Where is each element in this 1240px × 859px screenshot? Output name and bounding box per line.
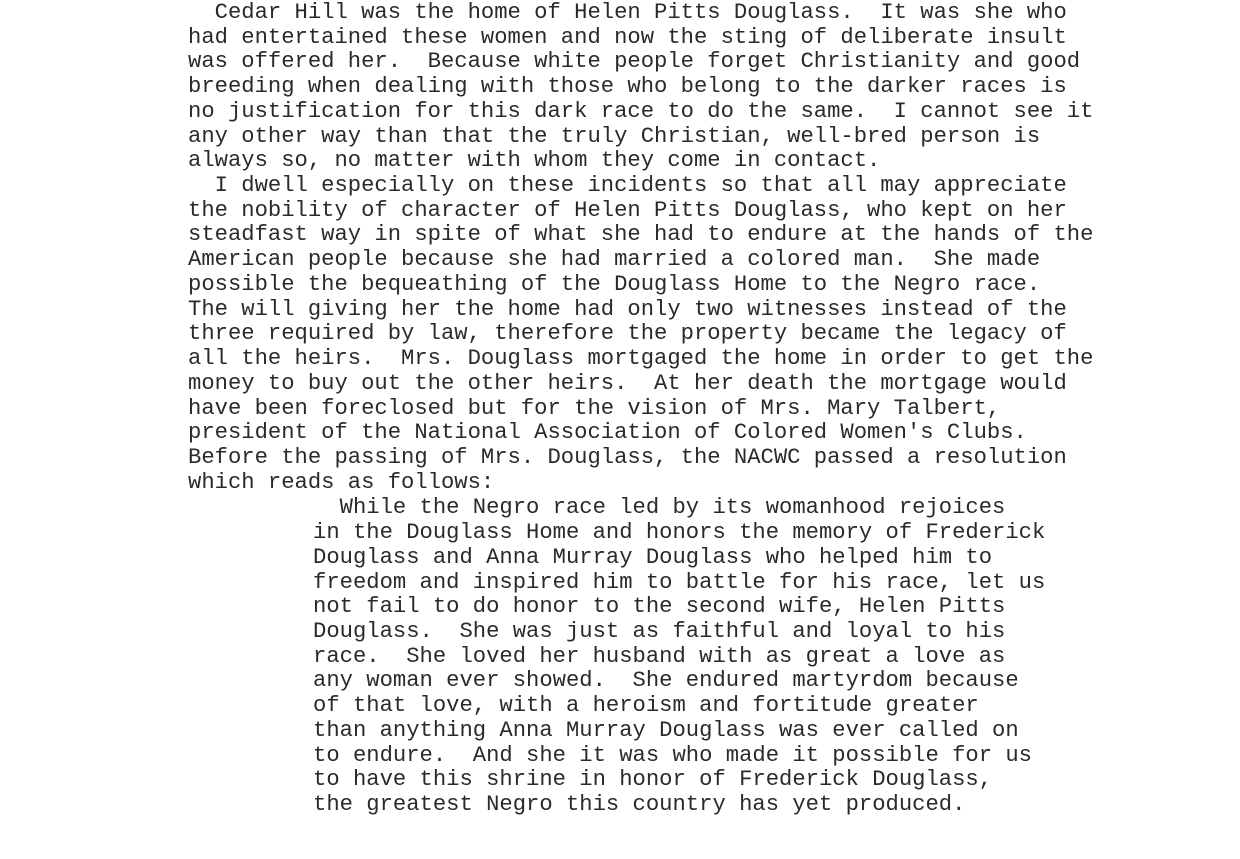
text-line: all the heirs. Mrs. Douglass mortgaged t…	[188, 347, 1093, 371]
quote-line: than anything Anna Murray Douglass was e…	[313, 719, 1019, 743]
quote-line: of that love, with a heroism and fortitu…	[313, 694, 979, 718]
text-line: money to buy out the other heirs. At her…	[188, 372, 1067, 396]
quote-line: to endure. And she it was who made it po…	[313, 744, 1032, 768]
text-line: president of the National Association of…	[188, 421, 1027, 445]
text-line: have been foreclosed but for the vision …	[188, 397, 1000, 421]
text-line: possible the bequeathing of the Douglass…	[188, 273, 1040, 297]
quote-line: Douglass. She was just as faithful and l…	[313, 620, 1005, 644]
text-line: which reads as follows:	[188, 471, 494, 495]
text-line: American people because she had married …	[188, 248, 1040, 272]
text-line: no justification for this dark race to d…	[188, 100, 1093, 124]
quote-line: any woman ever showed. She endured marty…	[313, 669, 1019, 693]
text-line: The will giving her the home had only tw…	[188, 298, 1067, 322]
quote-line: to have this shrine in honor of Frederic…	[313, 768, 992, 792]
quote-line: Douglass and Anna Murray Douglass who he…	[313, 546, 992, 570]
text-line: Cedar Hill was the home of Helen Pitts D…	[188, 1, 1067, 25]
text-line: had entertained these women and now the …	[188, 26, 1067, 50]
text-line: was offered her. Because white people fo…	[188, 50, 1080, 74]
quote-line: in the Douglass Home and honors the memo…	[313, 521, 1045, 545]
text-line: any other way than that the truly Christ…	[188, 125, 1040, 149]
text-line: steadfast way in spite of what she had t…	[188, 223, 1093, 247]
quote-line: While the Negro race led by its womanhoo…	[313, 496, 1005, 520]
text-line: always so, no matter with whom they come…	[188, 149, 880, 173]
quote-line: not fail to do honor to the second wife,…	[313, 595, 1005, 619]
text-line: Before the passing of Mrs. Douglass, the…	[188, 446, 1067, 470]
quote-line: the greatest Negro this country has yet …	[313, 793, 965, 817]
text-line: three required by law, therefore the pro…	[188, 322, 1067, 346]
typewritten-page: Cedar Hill was the home of Helen Pitts D…	[0, 0, 1240, 859]
quote-line: freedom and inspired him to battle for h…	[313, 571, 1045, 595]
text-line: breeding when dealing with those who bel…	[188, 75, 1067, 99]
text-line: the nobility of character of Helen Pitts…	[188, 199, 1067, 223]
quote-line: race. She loved her husband with as grea…	[313, 645, 1005, 669]
text-line: I dwell especially on these incidents so…	[188, 174, 1067, 198]
